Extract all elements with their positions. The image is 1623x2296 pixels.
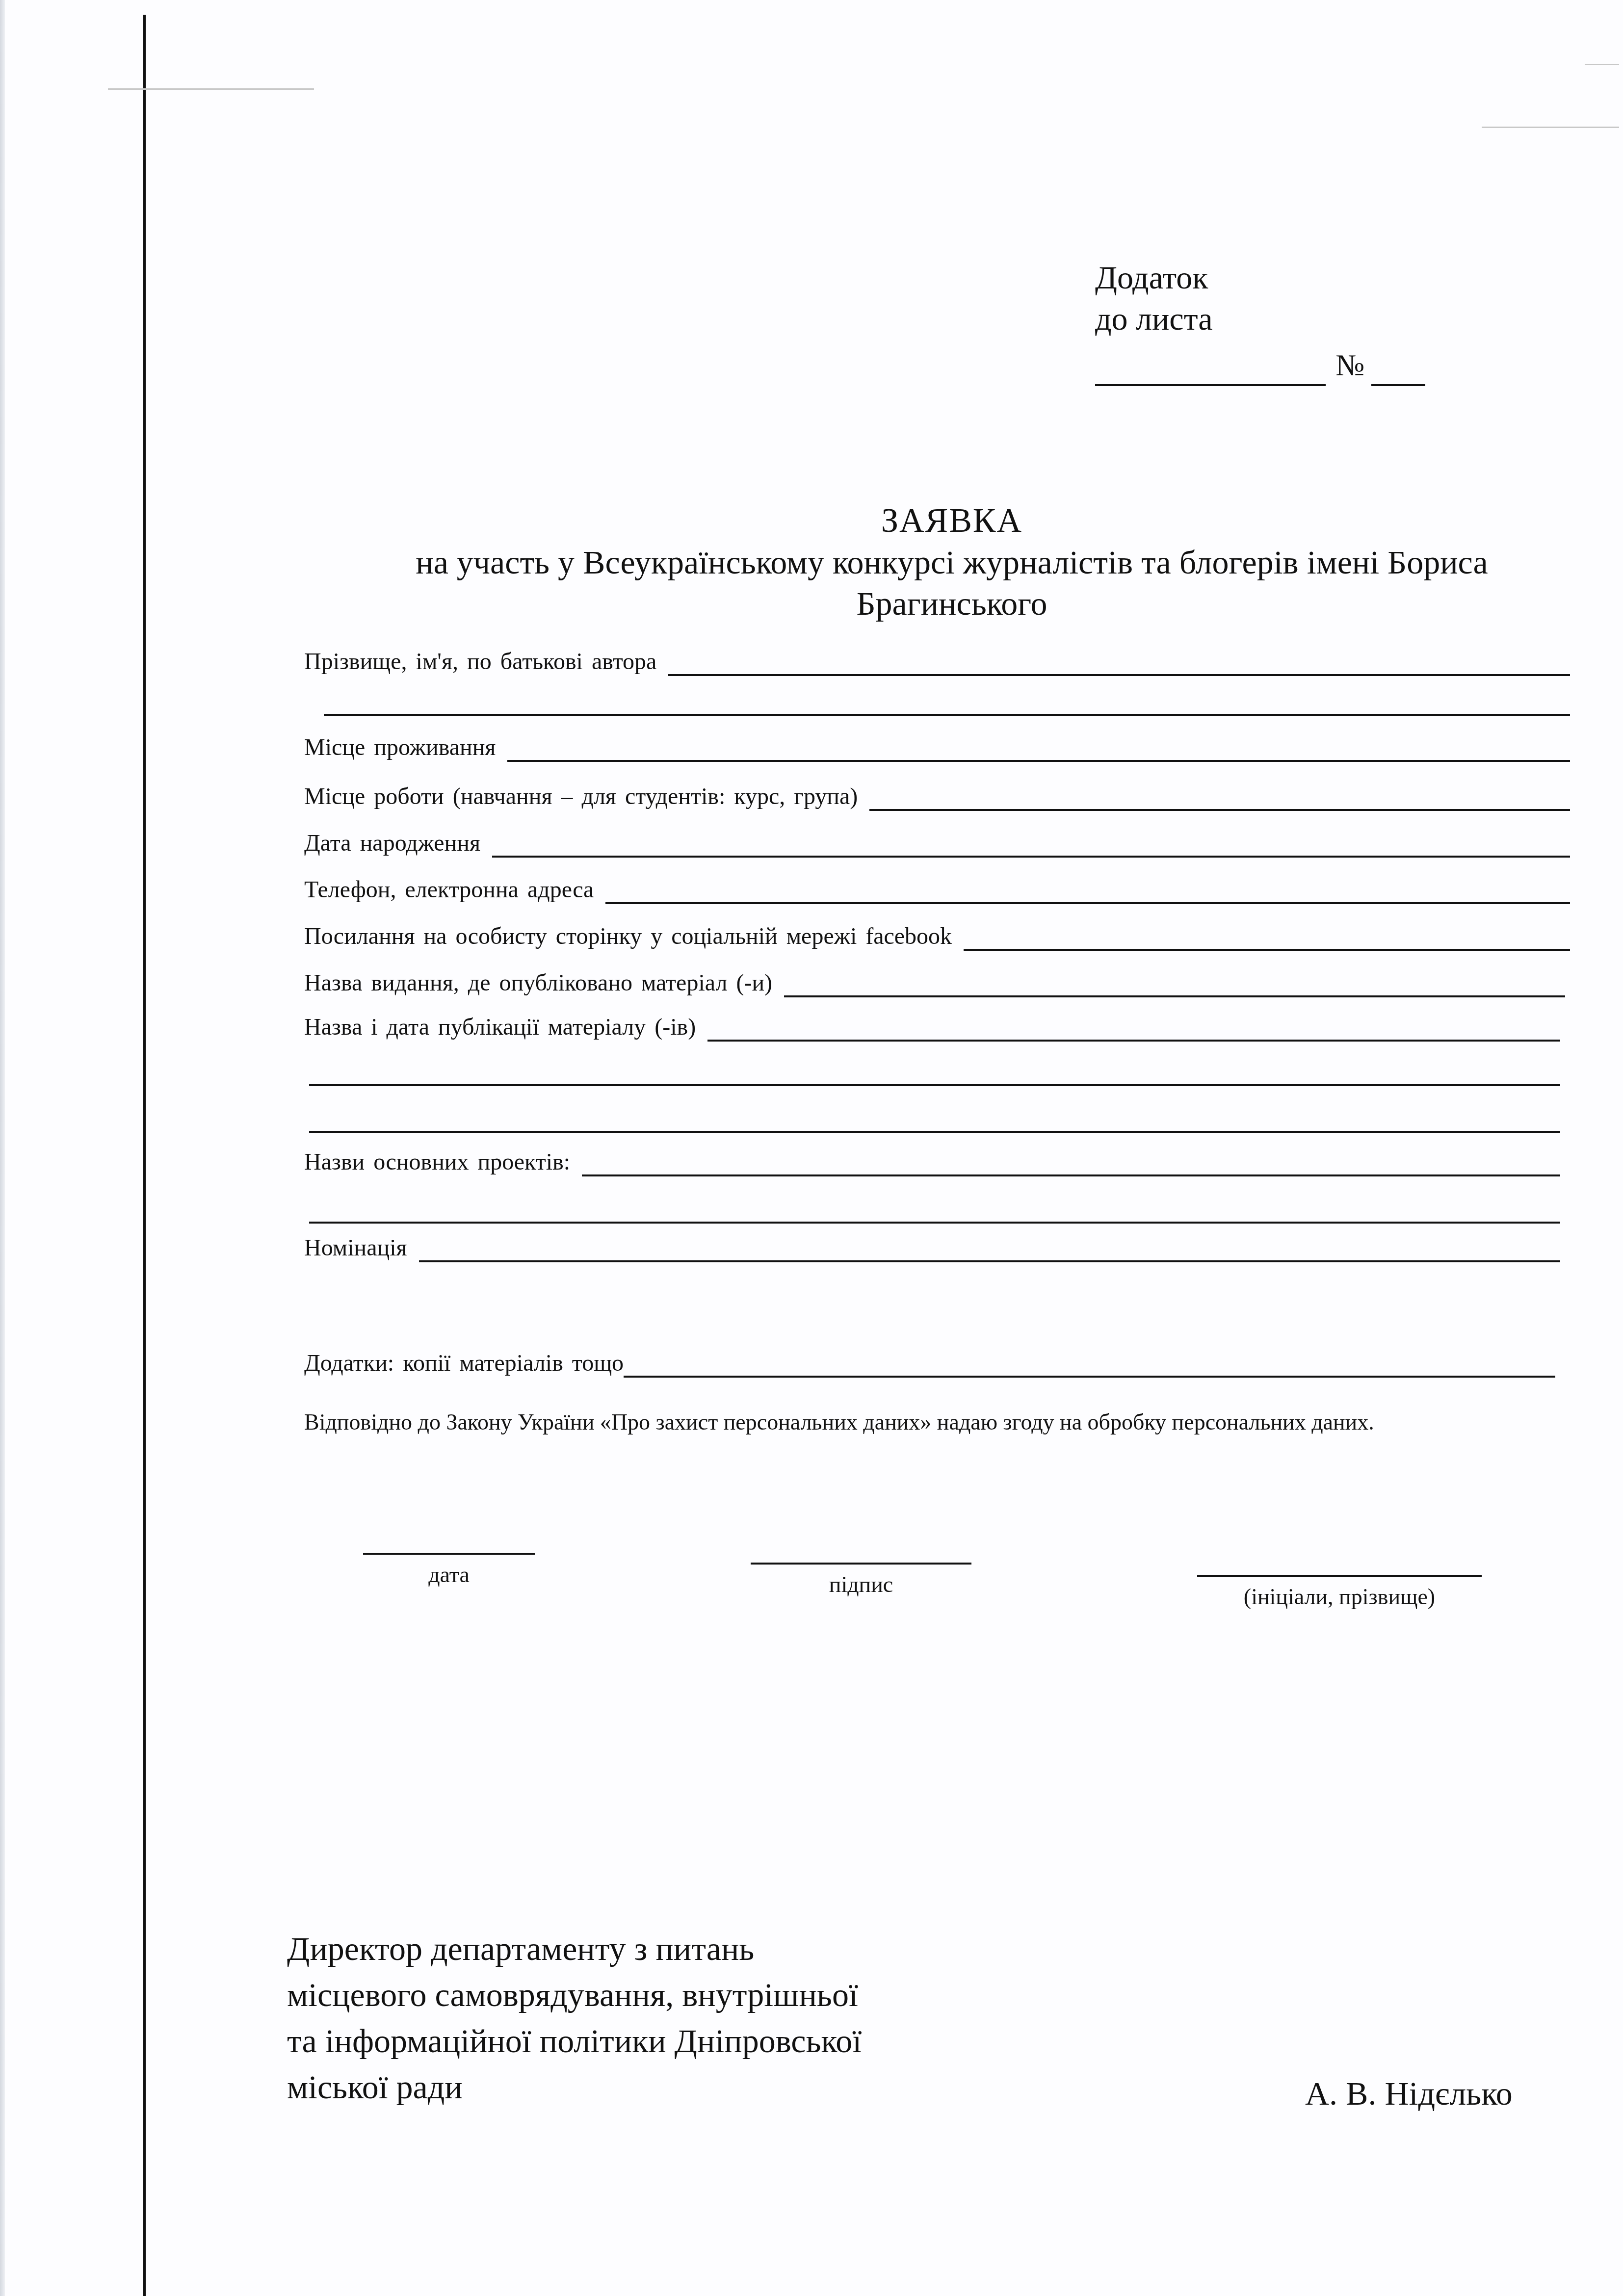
letter-number-blank[interactable] [1371, 355, 1425, 386]
title-subtitle-line-2: Брагинського [358, 583, 1545, 624]
attachments-input[interactable] [624, 1356, 1555, 1378]
scan-artifact [1482, 127, 1619, 128]
binding-margin-line [143, 15, 146, 2296]
title-subtitle-line-1: на участь у Всеукраїнському конкурсі жур… [358, 542, 1545, 583]
field-facebook: Посилання на особисту сторінку у соціаль… [304, 922, 1570, 951]
signature-date: дата [363, 1553, 535, 1588]
scan-edge [0, 0, 5, 2296]
field-publication: Назва видання, де опубліковано матеріал … [304, 969, 1565, 997]
residence-input[interactable] [507, 740, 1570, 762]
signature-sign: підпис [751, 1563, 971, 1597]
material-title-date-continuation-1[interactable] [309, 1084, 1560, 1086]
appendix-title: Додаток [1095, 258, 1425, 299]
field-workplace: Місце роботи (навчання – для студентів: … [304, 783, 1570, 811]
field-label: Назви основних проектів: [304, 1148, 582, 1176]
page-title: ЗАЯВКА [358, 500, 1545, 542]
field-label: Посилання на особисту сторінку у соціаль… [304, 922, 964, 951]
appendix-header: Додаток до листа № [1095, 258, 1425, 386]
field-contacts: Телефон, електронна адреса [304, 876, 1570, 904]
field-nomination: Номінація [304, 1234, 1560, 1262]
field-label: Місце роботи (навчання – для студентів: … [304, 783, 869, 811]
field-label: Прізвище, ім'я, по батькові автора [304, 648, 668, 676]
signature-blank[interactable] [751, 1563, 971, 1565]
field-birth-date: Дата народження [304, 829, 1570, 858]
appendix-subtitle: до листа [1095, 299, 1425, 340]
field-label: Дата народження [304, 829, 492, 858]
date-blank[interactable] [363, 1553, 535, 1555]
personal-data-consent: Відповідно до Закону України «Про захист… [304, 1408, 1374, 1436]
document-page: Додаток до листа № ЗАЯВКА на участь у Вс… [0, 0, 1623, 2296]
signer-name: А. В. Нідєлько [1305, 2073, 1513, 2114]
scan-artifact [108, 88, 314, 90]
projects-input[interactable] [582, 1155, 1560, 1176]
birth-date-input[interactable] [492, 836, 1570, 858]
application-title: ЗАЯВКА на участь у Всеукраїнському конку… [358, 500, 1545, 624]
name-blank[interactable] [1197, 1575, 1482, 1577]
full-name-input[interactable] [668, 654, 1570, 676]
full-name-input-continuation[interactable] [324, 714, 1570, 716]
material-title-date-continuation-2[interactable] [309, 1131, 1560, 1133]
name-caption: (ініціали, прізвище) [1244, 1584, 1435, 1609]
number-sign: № [1335, 345, 1364, 386]
signature-caption: підпис [829, 1572, 893, 1597]
field-attachments: Додатки: копії матеріалів тощо [304, 1349, 1555, 1378]
field-label: Назва і дата публікації матеріалу (-ів) [304, 1013, 707, 1042]
field-label: Назва видання, де опубліковано матеріал … [304, 969, 784, 997]
field-material-title-date: Назва і дата публікації матеріалу (-ів) [304, 1013, 1560, 1042]
scan-artifact [1585, 64, 1619, 65]
workplace-input[interactable] [869, 789, 1570, 811]
field-residence: Місце проживання [304, 733, 1570, 762]
signature-name: (ініціали, прізвище) [1197, 1575, 1482, 1610]
material-title-date-input[interactable] [707, 1020, 1560, 1042]
projects-input-continuation[interactable] [309, 1222, 1560, 1224]
nomination-input[interactable] [419, 1241, 1560, 1262]
field-full-name: Прізвище, ім'я, по батькові автора [304, 648, 1570, 676]
date-caption: дата [428, 1562, 470, 1587]
director-position: Директор департаменту з питань місцевого… [287, 1926, 862, 2110]
field-label: Місце проживання [304, 733, 507, 762]
facebook-link-input[interactable] [964, 929, 1570, 951]
letter-date-blank[interactable] [1095, 355, 1326, 386]
appendix-number-row: № [1095, 345, 1425, 386]
publication-name-input[interactable] [784, 976, 1565, 997]
phone-email-input[interactable] [605, 883, 1570, 904]
field-label: Номінація [304, 1234, 419, 1262]
field-label: Телефон, електронна адреса [304, 876, 605, 904]
field-label: Додатки: копії матеріалів тощо [304, 1349, 624, 1378]
field-projects: Назви основних проектів: [304, 1148, 1560, 1176]
